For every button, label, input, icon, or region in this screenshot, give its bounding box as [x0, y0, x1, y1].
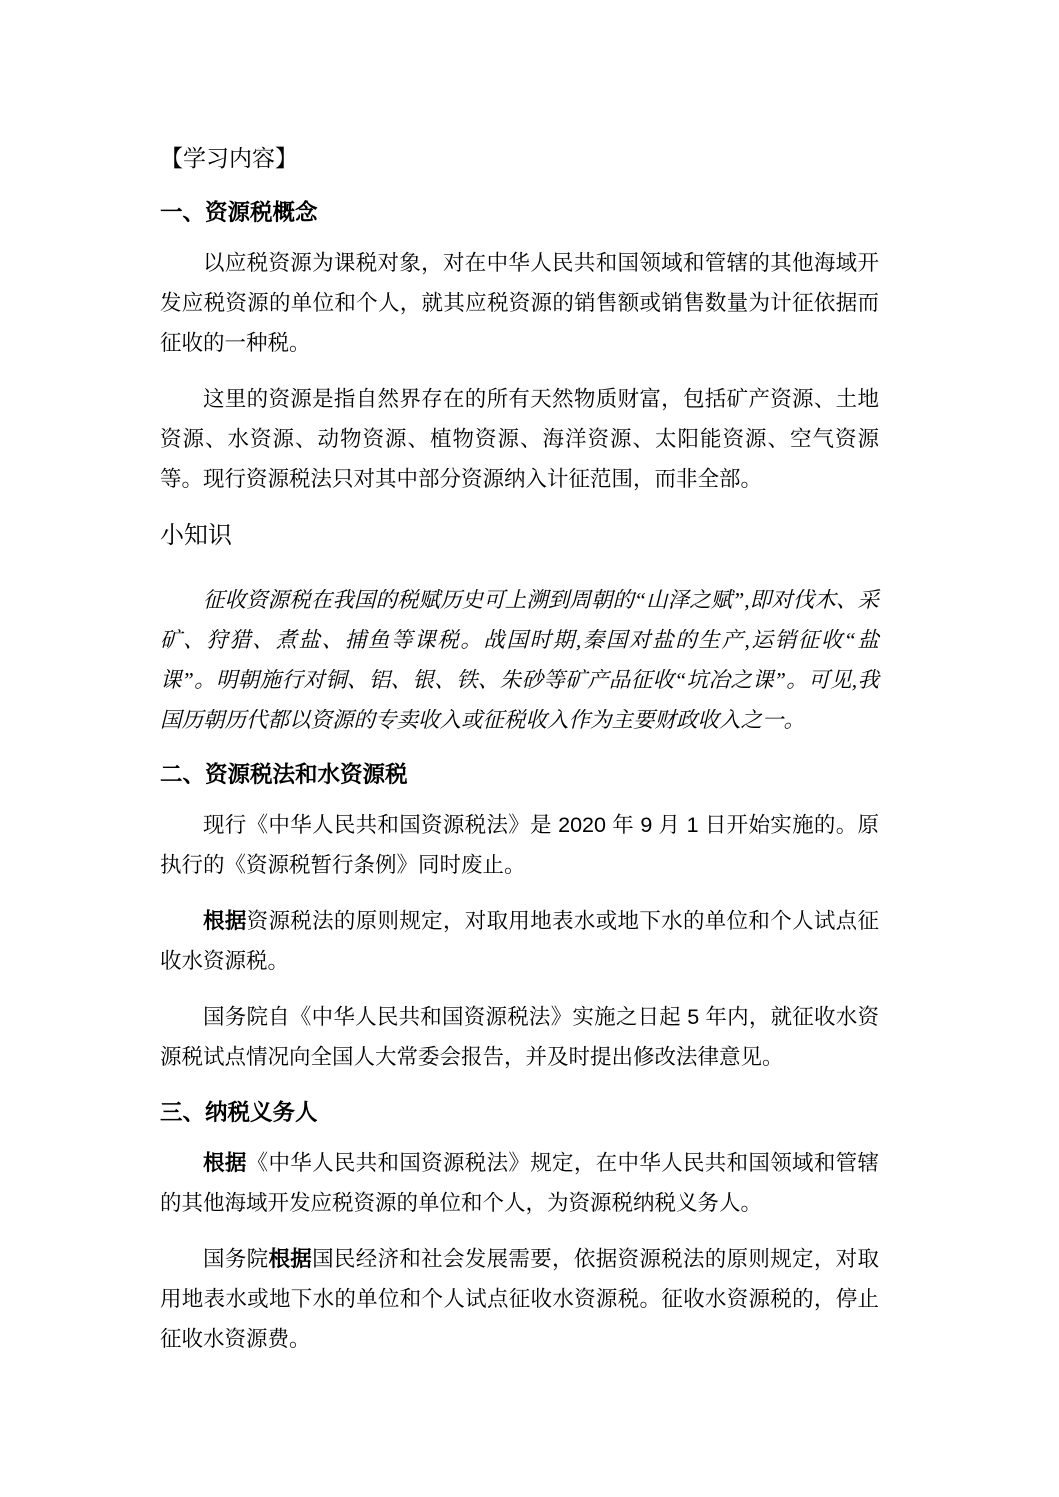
section-2-paragraph-3: 国务院自《中华人民共和国资源税法》实施之日起 5 年内，就征收水资源税试点情况向…: [160, 997, 879, 1077]
bold-run: 根据: [203, 909, 247, 933]
bold-run: 根据: [203, 1151, 247, 1175]
section-2-paragraph-2: 根据资源税法的原则规定，对取用地表水或地下水的单位和个人试点征收水资源税。: [160, 901, 879, 981]
text-run: 资源税法的原则规定，对取用地表水或地下水的单位和个人试点征收水资源税。: [160, 909, 879, 973]
bold-run: 根据: [268, 1247, 312, 1271]
text-run: 《中华人民共和国资源税法》规定，在中华人民共和国领域和管辖的其他海域开发应税资源…: [160, 1151, 879, 1215]
section-3-paragraph-1: 根据《中华人民共和国资源税法》规定，在中华人民共和国领域和管辖的其他海域开发应税…: [160, 1143, 879, 1223]
section-1-paragraph-2: 这里的资源是指自然界存在的所有天然物质财富，包括矿产资源、土地资源、水资源、动物…: [160, 379, 879, 499]
section-2-heading: 二、资源税法和水资源税: [160, 755, 879, 795]
tip-title: 小知识: [160, 515, 879, 557]
doc-header-learning-content: 【学习内容】: [160, 137, 879, 179]
section-3-heading: 三、纳税义务人: [160, 1093, 879, 1133]
section-2-paragraph-1: 现行《中华人民共和国资源税法》是 2020 年 9 月 1 日开始实施的。原执行…: [160, 805, 879, 885]
section-3-paragraph-2: 国务院根据国民经济和社会发展需要，依据资源税法的原则规定，对取用地表水或地下水的…: [160, 1239, 879, 1359]
tip-body: 征收资源税在我国的税赋历史可上溯到周朝的“山泽之赋”,即对伐木、采矿、狩猎、煮盐…: [160, 580, 879, 740]
section-1-paragraph-1: 以应税资源为课税对象，对在中华人民共和国领域和管辖的其他海域开发应税资源的单位和…: [160, 243, 879, 363]
section-1-heading: 一、资源税概念: [160, 193, 879, 233]
text-run: 国务院: [203, 1247, 268, 1271]
document-page: 【学习内容】 一、资源税概念 以应税资源为课税对象，对在中华人民共和国领域和管辖…: [0, 0, 1059, 1497]
document-content: 【学习内容】 一、资源税概念 以应税资源为课税对象，对在中华人民共和国领域和管辖…: [160, 0, 879, 1375]
